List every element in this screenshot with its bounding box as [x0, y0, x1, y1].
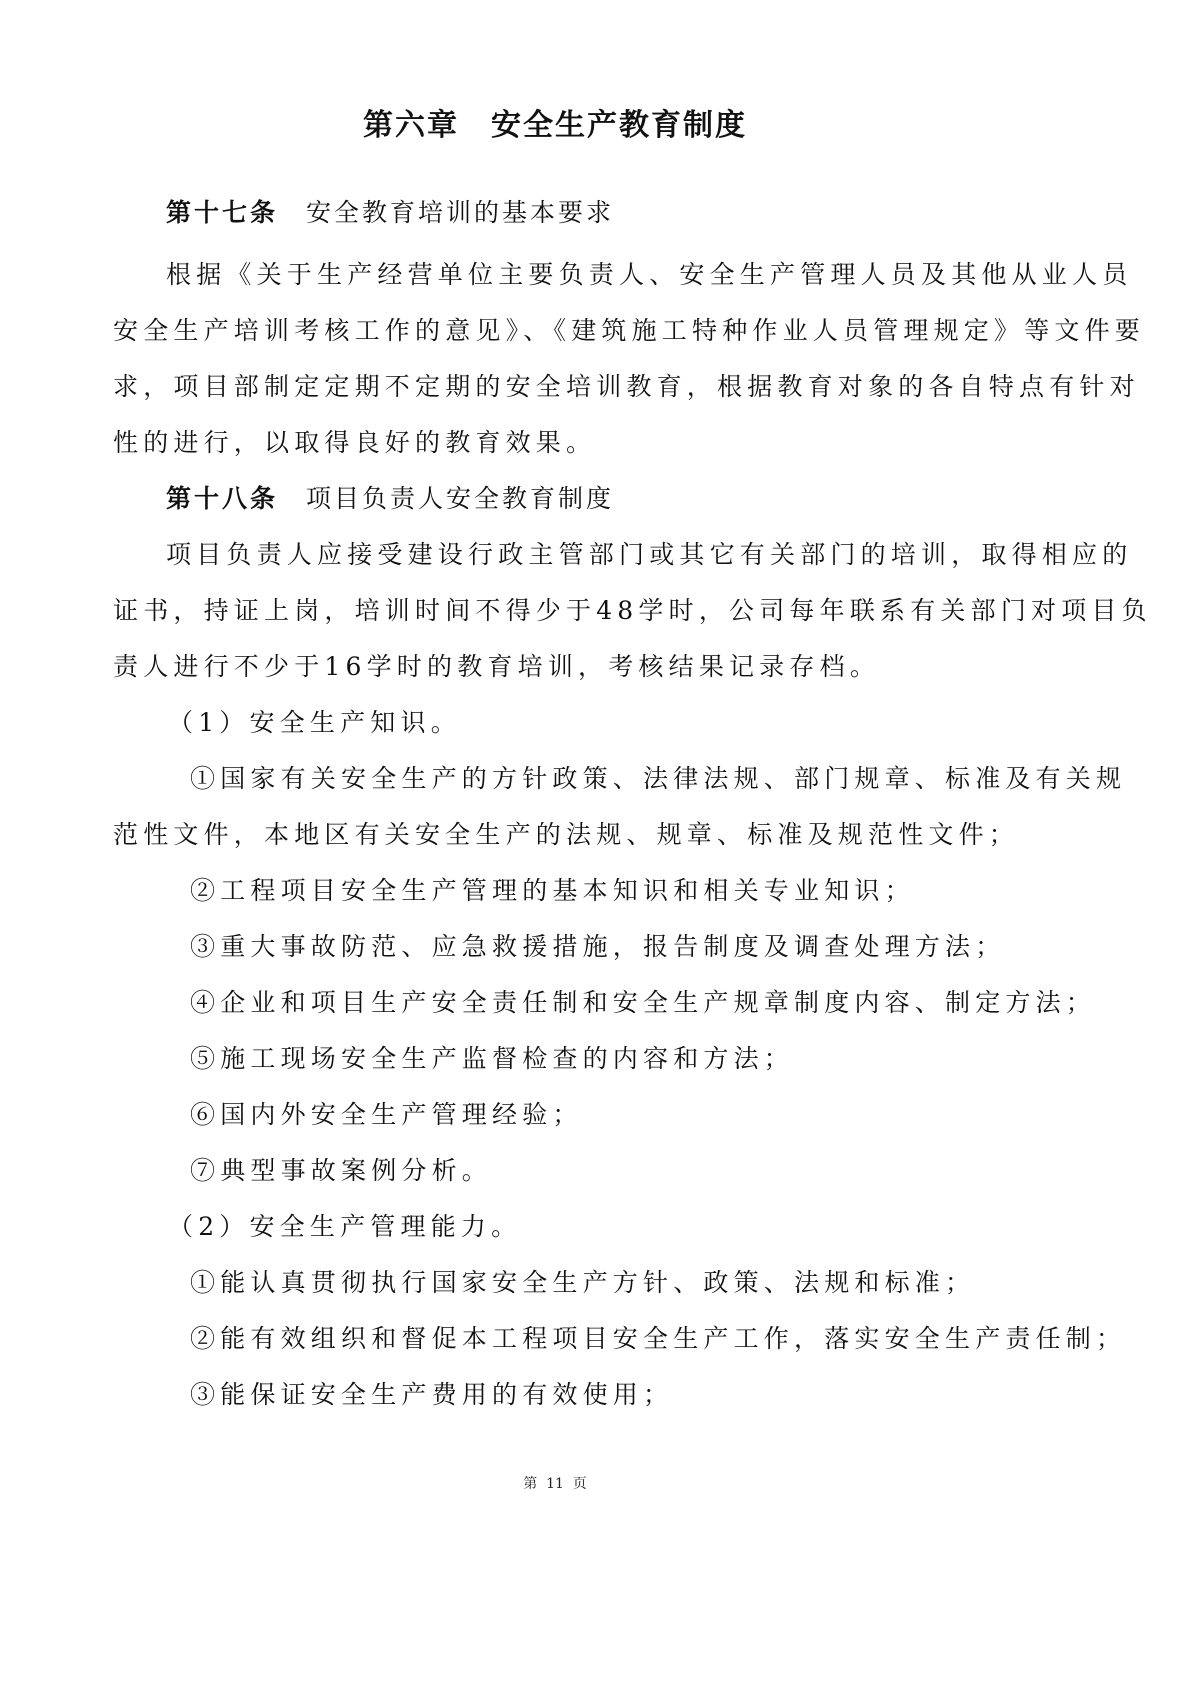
paragraph-line: 项目负责人应接受建设行政主管部门或其它有关部门的培训，取得相应的 — [166, 535, 1066, 575]
list-item: ③能保证安全生产费用的有效使用； — [190, 1375, 1090, 1415]
article-number: 第十七条 — [166, 198, 278, 227]
list-item: ④企业和项目生产安全责任制和安全生产规章制度内容、制定方法； — [190, 983, 1090, 1023]
list-item: ①国家有关安全生产的方针政策、法律法规、部门规章、标准及有关规 — [190, 759, 1090, 799]
list-item-continuation: 范性文件，本地区有关安全生产的法规、规章、标准及规范性文件； — [113, 815, 1013, 855]
article-title: 项目负责人安全教育制度 — [306, 484, 614, 513]
document-page: 第六章 安全生产教育制度 第十七条安全教育培训的基本要求 根据《关于生产经营单位… — [0, 0, 1190, 1683]
paragraph-line: 性的进行，以取得良好的教育效果。 — [113, 423, 1013, 463]
page-number: 第 11 页 — [0, 1472, 1110, 1496]
section-label: （2）安全生产管理能力。 — [168, 1207, 1068, 1247]
paragraph-line: 证书，持证上岗，培训时间不得少于48学时，公司每年联系有关部门对项目负 — [113, 591, 1013, 631]
paragraph-line: 根据《关于生产经营单位主要负责人、安全生产管理人员及其他从业人员 — [166, 255, 1066, 295]
paragraph-line: 求，项目部制定定期不定期的安全培训教育，根据教育对象的各自特点有针对 — [113, 367, 1013, 407]
paragraph-line: 安全生产培训考核工作的意见》、《建筑施工特种作业人员管理规定》等文件要 — [113, 311, 1013, 351]
article-number: 第十八条 — [166, 484, 278, 513]
paragraph-line: 责人进行不少于16学时的教育培训，考核结果记录存档。 — [113, 647, 1013, 687]
list-item: ⑦典型事故案例分析。 — [190, 1151, 1090, 1191]
article-17-heading: 第十七条安全教育培训的基本要求 — [166, 193, 1066, 233]
list-item: ⑥国内外安全生产管理经验； — [190, 1095, 1090, 1135]
list-item: ②能有效组织和督促本工程项目安全生产工作，落实安全生产责任制； — [190, 1319, 1090, 1359]
list-item: ①能认真贯彻执行国家安全生产方针、政策、法规和标准； — [190, 1263, 1090, 1303]
list-item: ⑤施工现场安全生产监督检查的内容和方法； — [190, 1039, 1090, 1079]
section-label: （1）安全生产知识。 — [168, 703, 1068, 743]
article-18-heading: 第十八条项目负责人安全教育制度 — [166, 479, 1066, 519]
article-title: 安全教育培训的基本要求 — [306, 198, 614, 227]
list-item: ②工程项目安全生产管理的基本知识和相关专业知识； — [190, 871, 1090, 911]
chapter-title: 第六章 安全生产教育制度 — [0, 104, 1110, 148]
list-item: ③重大事故防范、应急救援措施，报告制度及调查处理方法； — [190, 927, 1090, 967]
